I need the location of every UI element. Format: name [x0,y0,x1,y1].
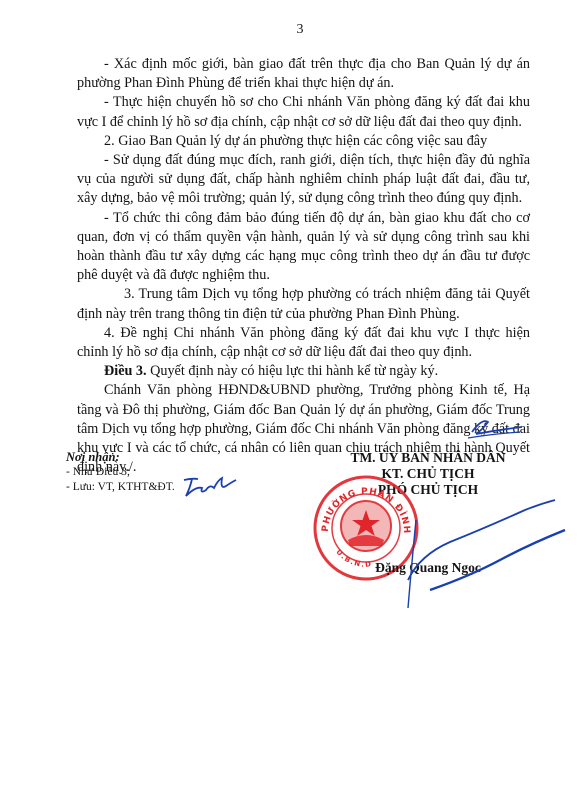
signature-main-ink [390,480,570,620]
paragraph-item-3: 3. Trung tâm Dịch vụ tổng hợp phường có … [77,285,530,323]
article-3-text: Quyết định này có hiệu lực thi hành kể t… [147,363,439,379]
paragraph-land-use: - Sử dụng đất đúng mục đích, ranh giới, … [77,151,530,209]
paragraph-construction: - Tổ chức thi công đảm bảo đúng tiến độ … [77,209,530,286]
recipients-title: Nơi nhận: [66,450,175,465]
article-3: Điều 3. Quyết định này có hiệu lực thi h… [77,362,530,381]
paragraph-transfer-records: - Thực hiện chuyển hồ sơ cho Chi nhánh V… [77,93,530,131]
paragraph-mark-boundary: - Xác định mốc giới, bàn giao đất trên t… [77,55,530,93]
paragraph-item-2: 2. Giao Ban Quản lý dự án phường thực hi… [77,132,530,151]
article-3-label: Điều 3. [104,363,147,379]
initial-mark-ink [462,412,532,442]
recipients-block: Nơi nhận: - Như Điều 3; - Lưu: VT, KTHT&… [66,450,175,495]
initial-signature-ink [178,472,238,500]
recipient-item: - Như Điều 3; [66,465,175,480]
signature-title-line1: TM. ỦY BAN NHÂN DÂN [318,450,538,466]
paragraph-item-4: 4. Đề nghị Chi nhánh Văn phòng đăng ký đ… [77,324,530,362]
page-number: 3 [0,22,581,38]
recipient-item: - Lưu: VT, KTHT&ĐT. [66,480,175,495]
